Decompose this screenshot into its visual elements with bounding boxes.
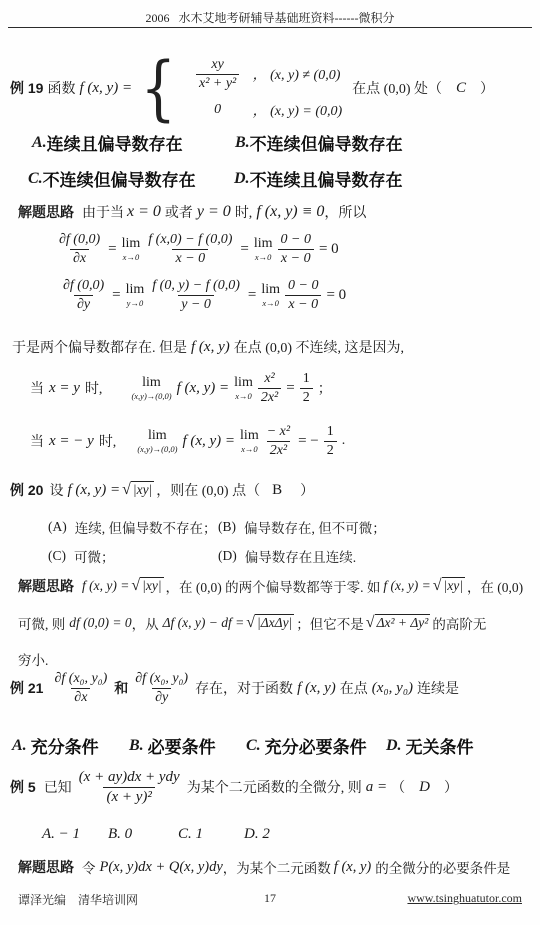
page-header-title: 2006 水木艾地考研辅导基础班资料------微积分 bbox=[0, 9, 540, 26]
solution-label: 解题思路 bbox=[18, 576, 74, 596]
math-inline: x = − y bbox=[49, 433, 94, 450]
solution-text: ，从 bbox=[132, 613, 159, 633]
fraction: ∂f (x₀, y₀) ∂x bbox=[51, 670, 110, 706]
option-5-C: C. 1 bbox=[178, 826, 244, 843]
radicand: |xy| bbox=[442, 577, 465, 594]
options-19-row-2: C. 不连续但偏导数存在 D. 不连续且偏导数存在 bbox=[28, 166, 403, 191]
math-inline: f (x, y) = bbox=[383, 578, 430, 594]
frac-den: ∂x bbox=[70, 249, 89, 268]
fraction: ∂f (x₀, y₀) ∂y bbox=[132, 670, 191, 706]
fraction: (x + ay)dx + ydy (x + y)² bbox=[76, 768, 183, 807]
solution-5: 解题思路 令 P(x, y)dx + Q(x, y)dy ，为某个二元函数 f … bbox=[18, 857, 510, 877]
frac-den: 2x² bbox=[267, 441, 290, 460]
equation-result: = 0 bbox=[319, 241, 339, 258]
partial-y-equation: ∂f (0,0) ∂y = lim y→0 f (0, y) − f (0,0)… bbox=[60, 277, 346, 313]
solution-19-intro: 解题思路 由于当 x = 0 或者 y = 0 时, f (x, y) ≡ 0 … bbox=[18, 202, 366, 222]
answer-5: D bbox=[419, 779, 430, 796]
options-19-row-1: A. 连续且偏导数存在 B. 不连续但偏导数存在 bbox=[32, 130, 403, 155]
frac-den: (x + y)² bbox=[103, 787, 154, 807]
example-5-lead: 已知 bbox=[44, 777, 72, 797]
math-inline: P(x, y)dx + Q(x, y)dy bbox=[100, 859, 223, 876]
sqrt-symbol: √ bbox=[131, 577, 140, 595]
solution-20-line-3: 穷小. bbox=[18, 649, 48, 669]
lim-word: lim bbox=[240, 429, 259, 443]
options-20-row-2: (C) 可微； (D) 偏导数存在且连续. bbox=[48, 546, 356, 566]
page-number: 17 bbox=[18, 891, 522, 906]
frac-den: x − 0 bbox=[285, 295, 321, 314]
frac-num: 0 − 0 bbox=[278, 231, 314, 249]
math-inline: f (x, y) ≡ 0 bbox=[256, 203, 324, 221]
lim-sub: (x,y)→(0,0) bbox=[131, 392, 171, 401]
punctuation: . bbox=[342, 433, 346, 449]
sqrt-symbol: √ bbox=[433, 577, 442, 595]
paren-open: （ bbox=[391, 777, 405, 797]
option-19-C: C. 不连续但偏导数存在 bbox=[28, 166, 234, 191]
radicand: |xy| bbox=[131, 481, 154, 498]
example-5-label: 例 5 bbox=[10, 777, 36, 797]
frac-num: f (0, y) − f (0,0) bbox=[149, 277, 243, 295]
solution-text: ，所以 bbox=[324, 202, 366, 222]
solution-text: 在点 (0,0) 不连续, 这是因为, bbox=[234, 337, 404, 357]
solution-text: 可微, 则 bbox=[18, 613, 65, 633]
fraction: x² 2x² bbox=[258, 370, 281, 406]
fraction: − x² 2x² bbox=[264, 423, 293, 459]
frac-num: x² bbox=[261, 370, 277, 388]
fraction: 1 2 bbox=[300, 370, 313, 406]
option-20-D: (D) 偏导数存在且连续. bbox=[218, 546, 356, 566]
option-text: 充分条件 bbox=[31, 733, 99, 758]
limit-x-equals-y: 当 x = y 时, lim (x,y)→(0,0) f (x, y) = li… bbox=[30, 370, 332, 406]
sqrt-symbol: √ bbox=[246, 614, 255, 632]
frac-den: ∂x bbox=[71, 688, 90, 707]
option-text: 可微； bbox=[74, 546, 115, 566]
solution-19-paragraph: 于是两个偏导数都存在. 但是 f (x, y) 在点 (0,0) 不连续, 这是… bbox=[12, 337, 404, 357]
case-2-condition: ， (x, y) = (0,0) bbox=[253, 100, 343, 120]
equals-sign: = bbox=[112, 287, 120, 304]
example-19-label: 例 19 bbox=[10, 78, 43, 98]
paren-close: ） bbox=[444, 777, 458, 797]
option-letter: A. bbox=[12, 737, 27, 755]
option-letter: (B) bbox=[218, 519, 236, 535]
solution-text: 或者 bbox=[165, 202, 193, 222]
limit: lim y→0 bbox=[126, 283, 145, 308]
equals-sign: = bbox=[240, 241, 248, 258]
partial-x-equation: ∂f (0,0) ∂x = lim x→0 f (x,0) − f (0,0) … bbox=[56, 231, 339, 267]
solution-text: ；但它不是 bbox=[296, 613, 364, 633]
math-inline: f (x, y) = bbox=[182, 433, 235, 450]
option-letter: A. bbox=[32, 134, 47, 152]
answer-20: B bbox=[272, 482, 282, 499]
radicand: Δx² + Δy² bbox=[375, 614, 431, 631]
frac-num: 1 bbox=[300, 370, 313, 388]
example-20-lead: 设 bbox=[49, 480, 63, 500]
limit: lim x→0 bbox=[240, 429, 259, 454]
problem-text: 为某个二元函数的全微分, 则 bbox=[187, 777, 362, 797]
frac-den: y − 0 bbox=[178, 295, 214, 314]
lim-sub: x→0 bbox=[123, 253, 140, 262]
frac-num: xy bbox=[208, 56, 226, 74]
limit: lim (x,y)→(0,0) bbox=[137, 429, 177, 454]
fraction: f (x,0) − f (0,0) x − 0 bbox=[145, 231, 235, 267]
function-definition: f (x, y) = bbox=[79, 80, 132, 97]
example-5-problem: 例 5 已知 (x + ay)dx + ydy (x + y)² 为某个二元函数… bbox=[10, 768, 458, 807]
case-2: 0 ， (x, y) = (0,0) bbox=[183, 100, 343, 120]
when-text: 当 bbox=[30, 431, 44, 451]
fraction: f (0, y) − f (0,0) y − 0 bbox=[149, 277, 243, 313]
frac-num: 1 bbox=[324, 423, 337, 441]
frac-num: f (x,0) − f (0,0) bbox=[145, 231, 235, 249]
square-root: √ |xy| bbox=[122, 481, 154, 499]
math-inline: f (x, y) = bbox=[177, 380, 230, 397]
option-text: 不连续但偏导数存在 bbox=[43, 166, 196, 191]
answer-19: C bbox=[456, 80, 466, 97]
math-inline: f (x, y) = bbox=[82, 578, 129, 594]
fraction: ∂f (0,0) ∂y bbox=[60, 277, 107, 313]
fraction: ∂f (0,0) ∂x bbox=[56, 231, 103, 267]
and-text: 和 bbox=[114, 678, 128, 698]
lim-sub: (x,y)→(0,0) bbox=[137, 445, 177, 454]
lim-sub: x→0 bbox=[262, 299, 279, 308]
math-inline: y = 0 bbox=[197, 203, 231, 221]
frac-den: ∂y bbox=[152, 688, 171, 707]
square-root: √ |xy| bbox=[433, 577, 465, 595]
problem-text: 连续是 bbox=[417, 678, 459, 698]
equals-sign: = − bbox=[298, 433, 319, 450]
example-21-problem: 例 21 ∂f (x₀, y₀) ∂x 和 ∂f (x₀, y₀) ∂y 存在，… bbox=[10, 670, 459, 706]
option-letter: D. bbox=[386, 737, 402, 755]
lim-word: lim bbox=[261, 283, 280, 297]
lim-word: lim bbox=[142, 376, 161, 390]
limit: lim x→0 bbox=[254, 237, 273, 262]
math-inline: df (0,0) = 0 bbox=[69, 615, 131, 631]
option-20-A: (A) 连续, 但偏导数不存在； bbox=[48, 517, 218, 537]
option-letter: C. bbox=[246, 737, 261, 755]
option-text: 不连续且偏导数存在 bbox=[250, 166, 403, 191]
frac-den: x − 0 bbox=[278, 249, 314, 268]
option-20-C: (C) 可微； bbox=[48, 546, 218, 566]
punctuation: ； bbox=[318, 378, 332, 398]
math-inline: Δf (x, y) − df = bbox=[163, 615, 245, 631]
example-21-label: 例 21 bbox=[10, 678, 43, 698]
problem-text: 在点 bbox=[340, 678, 368, 698]
when-text: 时, bbox=[99, 431, 117, 451]
option-letter: (D) bbox=[218, 548, 237, 564]
option-19-A: A. 连续且偏导数存在 bbox=[32, 130, 235, 155]
option-letter: D. bbox=[234, 170, 250, 188]
math-inline: x = 0 bbox=[127, 203, 161, 221]
math-inline: x = y bbox=[49, 380, 80, 397]
solution-text: 的高阶无 bbox=[432, 613, 486, 633]
square-root: √ |xy| bbox=[131, 577, 163, 595]
lim-sub: x→0 bbox=[241, 445, 258, 454]
frac-num: ∂f (x₀, y₀) bbox=[132, 670, 191, 688]
sqrt-symbol: √ bbox=[366, 614, 375, 632]
example-19-lead: 函数 bbox=[47, 78, 75, 98]
question-tail-close: ） bbox=[300, 480, 314, 500]
solution-text: ，为某个二元函数 bbox=[223, 857, 331, 877]
radicand: |ΔxΔy| bbox=[255, 614, 294, 631]
square-root: √ Δx² + Δy² bbox=[366, 614, 431, 632]
option-text: 充分必要条件 bbox=[265, 733, 367, 758]
option-letter: (C) bbox=[48, 548, 66, 564]
sqrt-symbol: √ bbox=[122, 481, 131, 499]
fraction: xy x² + y² bbox=[196, 56, 239, 92]
option-letter: B. bbox=[129, 737, 144, 755]
solution-20-line-2: 可微, 则 df (0,0) = 0 ，从 Δf (x, y) − df = √… bbox=[18, 613, 486, 633]
equals-sign: = bbox=[286, 380, 294, 397]
frac-num: ∂f (x₀, y₀) bbox=[51, 670, 110, 688]
equals-sign: = bbox=[248, 287, 256, 304]
piecewise-cases: xy x² + y² ， (x, y) ≠ (0,0) 0 ， (x, y) =… bbox=[183, 56, 343, 120]
math-inline: f (x, y) bbox=[191, 339, 230, 356]
fraction: 0 − 0 x − 0 bbox=[285, 277, 321, 313]
option-text: 偏导数存在, 但不可微； bbox=[244, 517, 386, 537]
equation-result: = 0 bbox=[326, 287, 346, 304]
lim-word: lim bbox=[122, 237, 141, 251]
lim-word: lim bbox=[148, 429, 167, 443]
frac-num: − x² bbox=[264, 423, 293, 441]
example-20-problem: 例 20 设 f (x, y) = √ |xy| ，则在 (0,0) 点（ B … bbox=[10, 480, 314, 500]
when-text: 时, bbox=[85, 378, 103, 398]
brace-symbol: { bbox=[141, 55, 177, 122]
case-1: xy x² + y² ， (x, y) ≠ (0,0) bbox=[183, 56, 343, 92]
option-20-B: (B) 偏导数存在, 但不可微； bbox=[218, 517, 386, 537]
option-text: 无关条件 bbox=[406, 733, 474, 758]
solution-text: ，在 (0,0) 的两个偏导数都等于零. 如 bbox=[166, 576, 381, 596]
limit: lim x→0 bbox=[261, 283, 280, 308]
math-inline: f (x, y) bbox=[297, 680, 336, 697]
case-2-value: 0 bbox=[183, 102, 253, 118]
option-text: 必要条件 bbox=[148, 733, 216, 758]
document-page: 2006 水木艾地考研辅导基础班资料------微积分 例 19 函数 f (x… bbox=[0, 0, 540, 925]
option-letter: C. bbox=[28, 170, 43, 188]
solution-text: 由于当 bbox=[82, 202, 124, 222]
lim-sub: x→0 bbox=[255, 253, 272, 262]
option-text: 连续且偏导数存在 bbox=[47, 130, 183, 155]
option-text: 连续, 但偏导数不存在； bbox=[75, 517, 217, 537]
solution-text: 的全微分的必要条件是 bbox=[375, 857, 510, 877]
frac-den: x² + y² bbox=[196, 74, 239, 93]
header-divider bbox=[8, 27, 532, 28]
math-inline: (x₀, y₀) bbox=[372, 680, 413, 697]
option-19-B: B. 不连续但偏导数存在 bbox=[235, 130, 403, 155]
solution-text: 于是两个偏导数都存在. 但是 bbox=[12, 337, 187, 357]
math-inline: a = bbox=[366, 779, 387, 796]
solution-text: 时, bbox=[235, 202, 253, 222]
option-text: 不连续但偏导数存在 bbox=[250, 130, 403, 155]
question-tail: ，则在 (0,0) 点（ bbox=[156, 480, 260, 500]
solution-label: 解题思路 bbox=[18, 202, 74, 222]
frac-num: ∂f (0,0) bbox=[56, 231, 103, 249]
frac-den: 2 bbox=[324, 441, 337, 460]
case-1-value: xy x² + y² bbox=[183, 56, 253, 92]
solution-text: 令 bbox=[82, 857, 96, 877]
radicand: |xy| bbox=[140, 577, 163, 594]
when-text: 当 bbox=[30, 378, 44, 398]
lim-word: lim bbox=[254, 237, 273, 251]
frac-den: 2 bbox=[300, 388, 313, 407]
option-text: 偏导数存在且连续. bbox=[245, 546, 356, 566]
solution-20-line-1: 解题思路 f (x, y) = √ |xy| ，在 (0,0) 的两个偏导数都等… bbox=[18, 576, 523, 596]
option-letter: B. bbox=[235, 134, 250, 152]
math-inline: f (x, y) = bbox=[67, 482, 120, 499]
option-21-C: C. 充分必要条件 bbox=[246, 733, 386, 758]
limit: lim (x,y)→(0,0) bbox=[131, 376, 171, 401]
limit: lim x→0 bbox=[234, 376, 253, 401]
lim-sub: x→0 bbox=[235, 392, 252, 401]
frac-den: 2x² bbox=[258, 388, 281, 407]
frac-num: 0 − 0 bbox=[285, 277, 321, 295]
limit-x-equals-minus-y: 当 x = − y 时, lim (x,y)→(0,0) f (x, y) = … bbox=[30, 423, 345, 459]
page-footer: 谭泽光编 清华培训网 17 www.tsinghuatutor.com bbox=[18, 891, 522, 908]
options-21: A. 充分条件 B. 必要条件 C. 充分必要条件 D. 无关条件 bbox=[12, 733, 474, 758]
option-19-D: D. 不连续且偏导数存在 bbox=[234, 166, 403, 191]
solution-text: ，在 (0,0) bbox=[467, 576, 523, 596]
problem-text: 存在，对于函数 bbox=[195, 678, 293, 698]
frac-num: ∂f (0,0) bbox=[60, 277, 107, 295]
options-20-row-1: (A) 连续, 但偏导数不存在； (B) 偏导数存在, 但不可微； bbox=[48, 517, 386, 537]
lim-sub: y→0 bbox=[127, 299, 144, 308]
lim-word: lim bbox=[234, 376, 253, 390]
frac-num: (x + ay)dx + ydy bbox=[76, 768, 183, 787]
question-tail-close: ） bbox=[480, 78, 494, 98]
fraction: 1 2 bbox=[324, 423, 337, 459]
option-5-D: D. 2 bbox=[244, 826, 270, 843]
option-21-B: B. 必要条件 bbox=[129, 733, 246, 758]
option-21-D: D. 无关条件 bbox=[386, 733, 474, 758]
option-5-B: B. 0 bbox=[108, 826, 178, 843]
option-letter: (A) bbox=[48, 519, 67, 535]
example-20-label: 例 20 bbox=[10, 480, 43, 500]
limit: lim x→0 bbox=[122, 237, 141, 262]
options-5: A. − 1 B. 0 C. 1 D. 2 bbox=[42, 826, 270, 843]
frac-den: x − 0 bbox=[172, 249, 208, 268]
square-root: √ |ΔxΔy| bbox=[246, 614, 294, 632]
question-tail: 在点 (0,0) 处（ bbox=[352, 78, 442, 98]
fraction: 0 − 0 x − 0 bbox=[278, 231, 314, 267]
lim-word: lim bbox=[126, 283, 145, 297]
frac-den: ∂y bbox=[74, 295, 93, 314]
option-21-A: A. 充分条件 bbox=[12, 733, 129, 758]
solution-label: 解题思路 bbox=[18, 857, 74, 877]
equals-sign: = bbox=[108, 241, 116, 258]
case-1-condition: ， (x, y) ≠ (0,0) bbox=[253, 64, 341, 84]
example-19-problem: 例 19 函数 f (x, y) = { xy x² + y² ， (x, y)… bbox=[10, 50, 494, 126]
option-5-A: A. − 1 bbox=[42, 826, 108, 843]
math-inline: f (x, y) bbox=[334, 859, 371, 876]
